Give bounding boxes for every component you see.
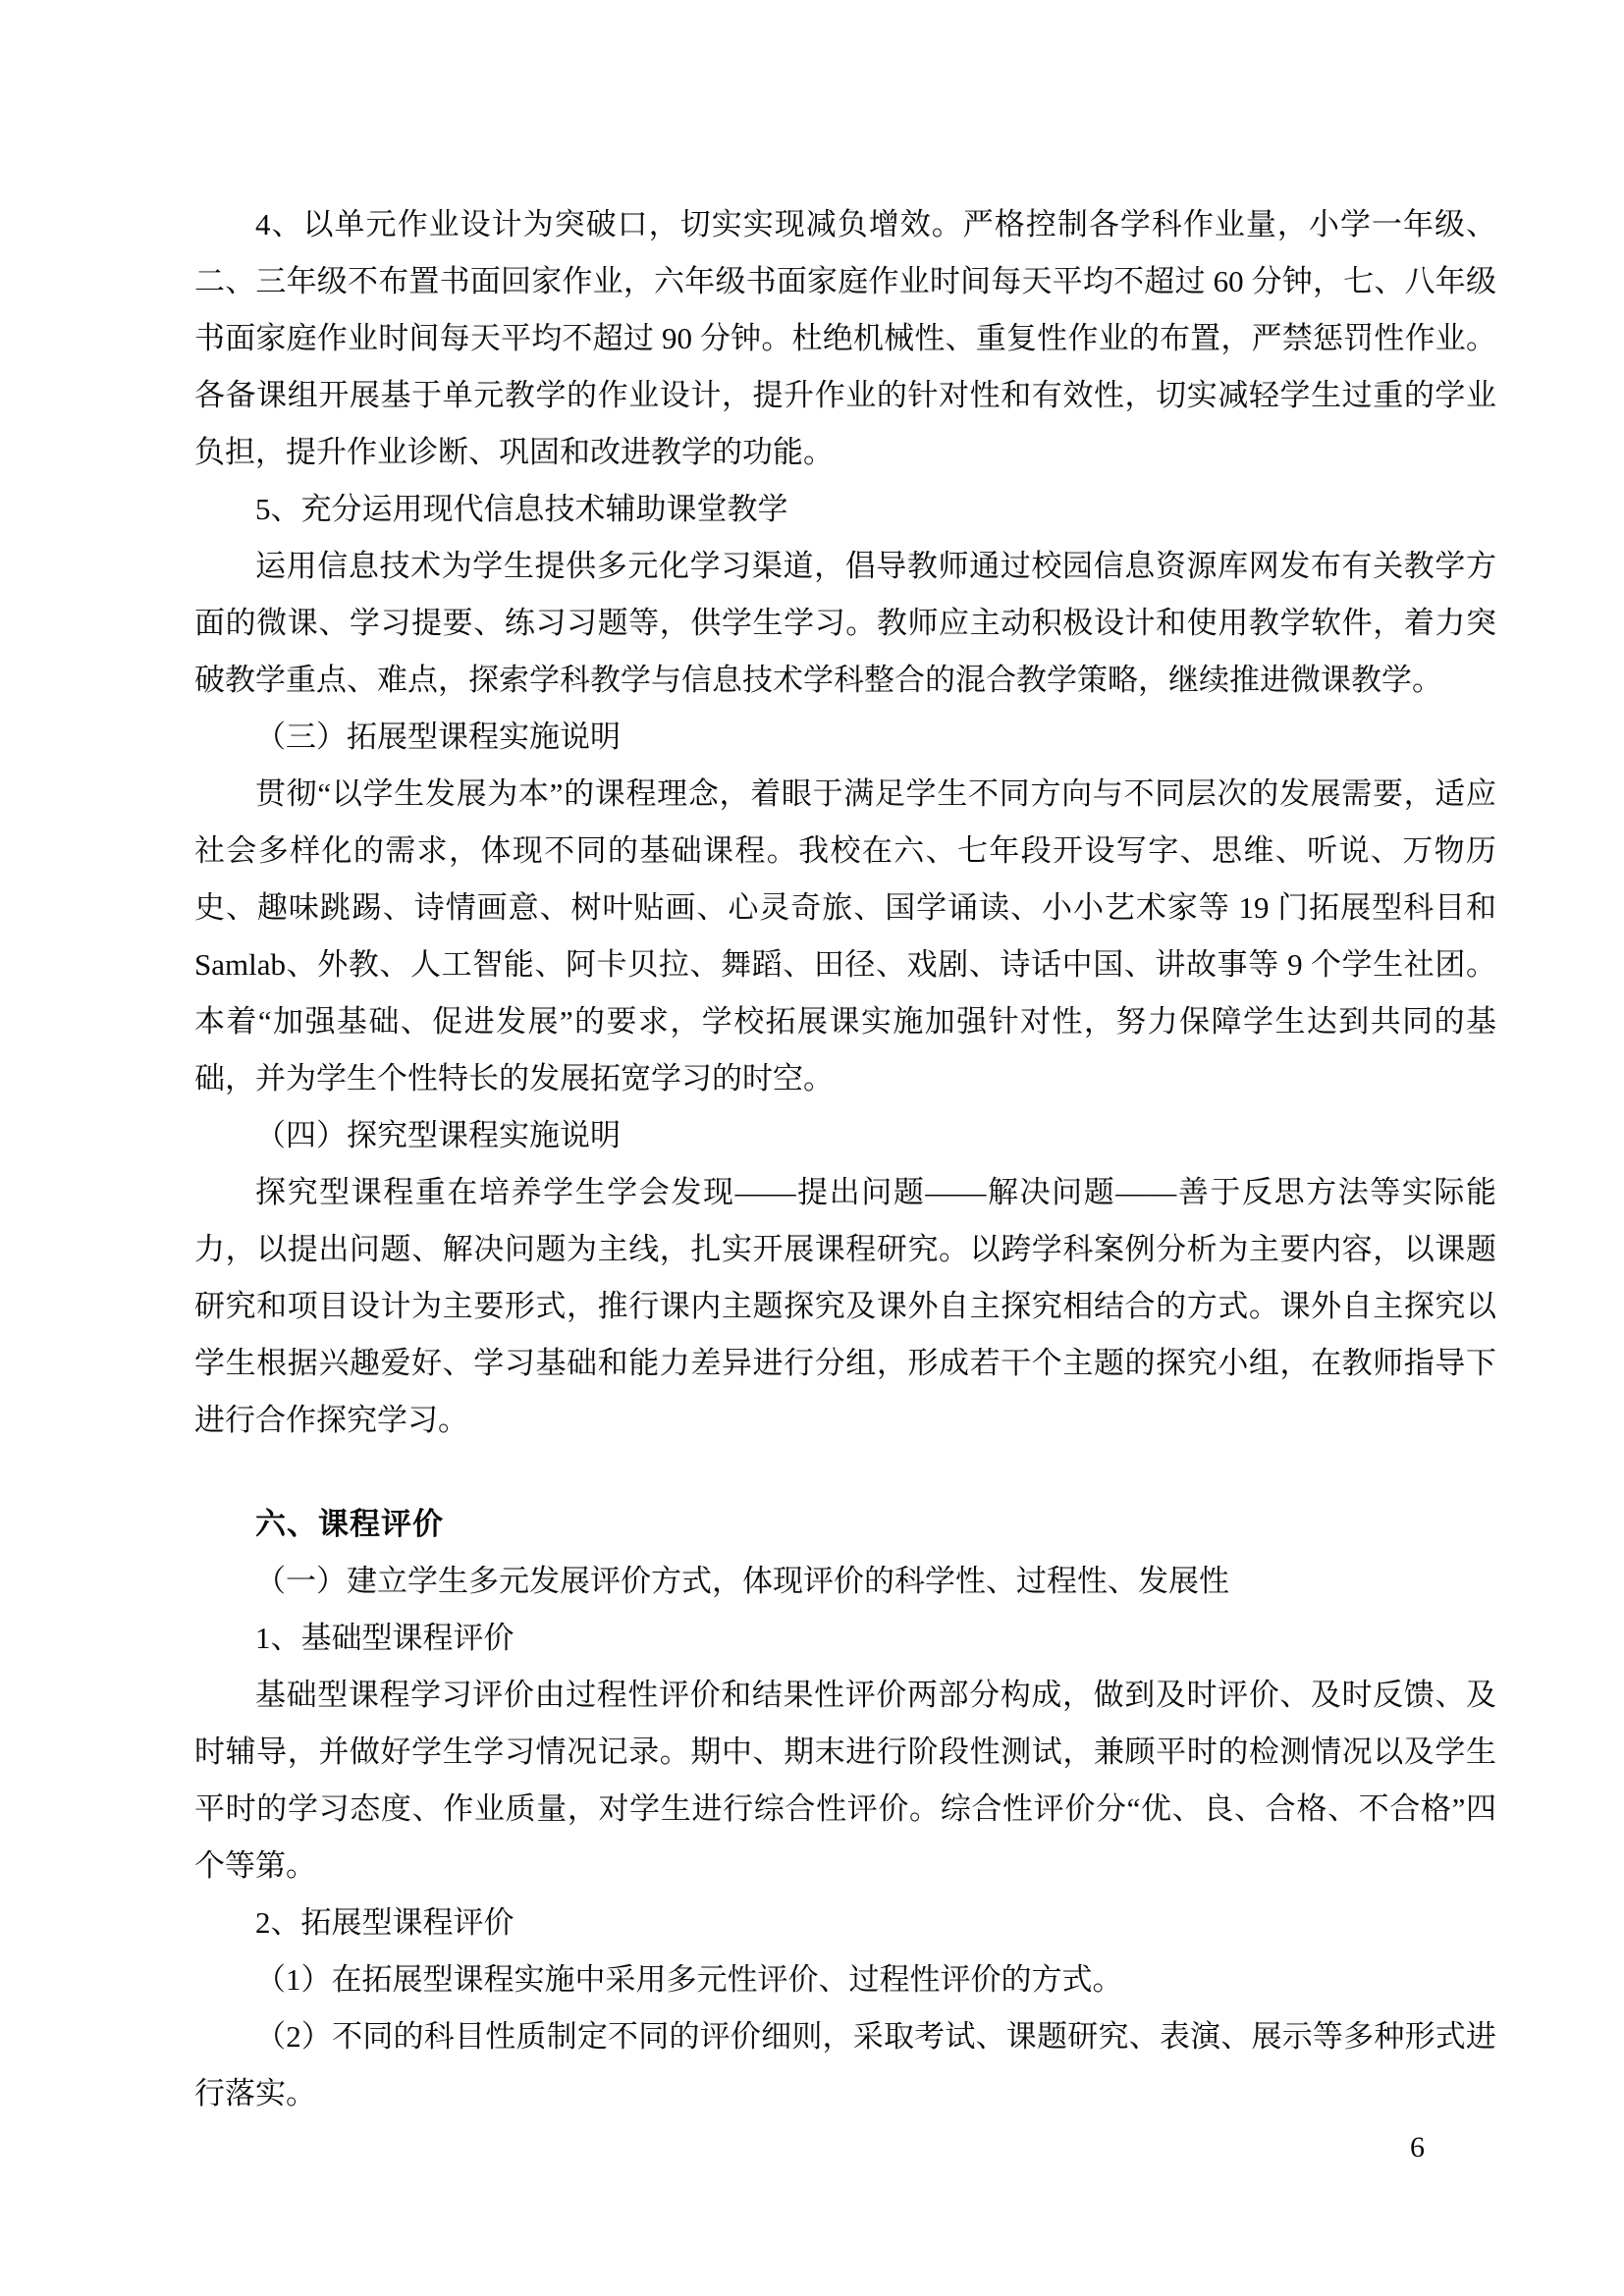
para-expansion-course-detail: 贯彻“以学生发展为本”的课程理念，着眼于满足学生不同方向与不同层次的发展需要，适… [194,766,1496,1107]
para-inquiry-course-detail: 探究型课程重在培养学生学会发现——提出问题——解决问题——善于反思方法等实际能力… [194,1164,1496,1449]
para-it-usage-detail: 运用信息技术为学生提供多元化学习渠道，倡导教师通过校园信息资源库网发布有关教学方… [194,538,1496,709]
para-eval-point1: （1）在拓展型课程实施中采用多元性评价、过程性评价的方式。 [194,1951,1496,2008]
page-number: 6 [1410,2126,1425,2169]
para-section3-expansion-course-title: （三）拓展型课程实施说明 [194,709,1496,766]
para-section4-inquiry-course-title: （四）探究型课程实施说明 [194,1107,1496,1164]
para-expansion-course-eval-title: 2、拓展型课程评价 [194,1895,1496,1951]
para-basic-course-eval-detail: 基础型课程学习评价由过程性评价和结果性评价两部分构成，做到及时评价、及时反馈、及… [194,1667,1496,1895]
section-heading-curriculum-evaluation: 六、课程评价 [194,1496,1496,1553]
para-basic-course-eval-title: 1、基础型课程评价 [194,1610,1496,1667]
para-eval-approach-title: （一）建立学生多元发展评价方式，体现评价的科学性、过程性、发展性 [194,1553,1496,1610]
para-item5-title-it-assist: 5、充分运用现代信息技术辅助课堂教学 [194,481,1496,538]
para-unit-homework-design: 4、以单元作业设计为突破口，切实实现减负增效。严格控制各学科作业量，小学一年级、… [194,196,1496,481]
para-eval-point2: （2）不同的科目性质制定不同的评价细则，采取考试、课题研究、表演、展示等多种形式… [194,2008,1496,2122]
document-page: 4、以单元作业设计为突破口，切实实现减负增效。严格控制各学科作业量，小学一年级、… [0,0,1624,2296]
document-body: 4、以单元作业设计为突破口，切实实现减负增效。严格控制各学科作业量，小学一年级、… [194,196,1496,2122]
